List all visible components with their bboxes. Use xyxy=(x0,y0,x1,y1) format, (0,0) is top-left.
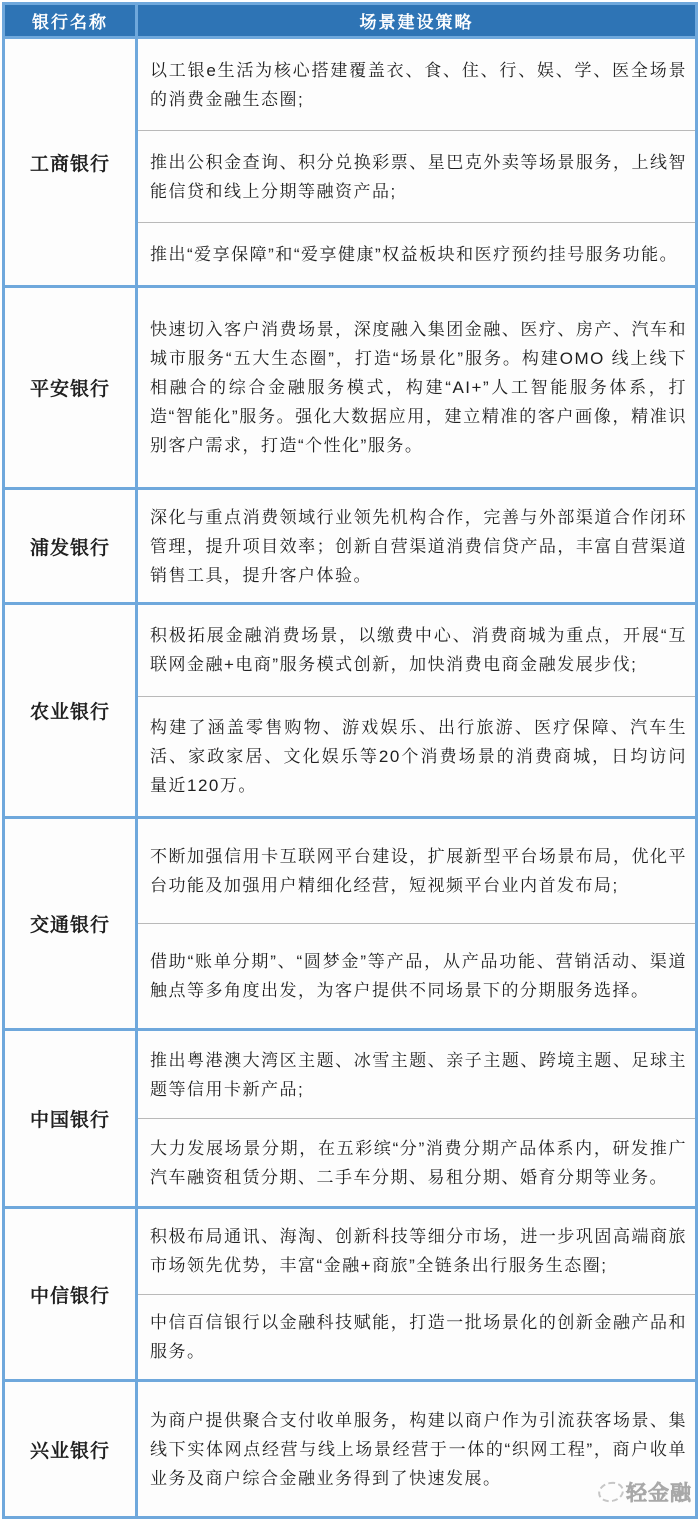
strategy-text: 推出公积金查询、积分兑换彩票、星巴克外卖等场景服务，上线智能信贷和线上分期等融资… xyxy=(150,148,687,206)
table-row: 交通银行不断加强信用卡互联网平台建设，扩展新型平台场景布局，优化平台功能及加强用… xyxy=(5,816,695,1028)
bank-name-cell: 农业银行 xyxy=(5,605,138,816)
strategy-text: 推出“爱享保障”和“爱享健康”权益板块和医疗预约挂号服务功能。 xyxy=(150,240,687,269)
bank-strategy-table: 银行名称 场景建设策略 工商银行以工银e生活为核心搭建覆盖衣、食、住、行、娱、学… xyxy=(2,2,698,1519)
strategy-text: 借助“账单分期”、“圆梦金”等产品，从产品功能、营销活动、渠道触点等多角度出发，… xyxy=(150,947,687,1005)
bank-name-cell: 中国银行 xyxy=(5,1031,138,1206)
strategy-paragraph: 中信百信银行以金融科技赋能，打造一批场景化的创新金融产品和服务。 xyxy=(138,1294,695,1380)
strategy-text: 积极拓展金融消费场景，以缴费中心、消费商城为重点，开展“互联网金融+电商”服务模… xyxy=(150,621,687,679)
header-strategy: 场景建设策略 xyxy=(138,5,695,36)
header-bank-name: 银行名称 xyxy=(5,5,138,36)
strategy-paragraph: 深化与重点消费领域行业领先机构合作，完善与外部渠道合作闭环管理，提升项目效率；创… xyxy=(138,490,695,602)
table-body: 工商银行以工银e生活为核心搭建覆盖衣、食、住、行、娱、学、医全场景的消费金融生态… xyxy=(5,36,695,1516)
strategy-paragraph: 推出公积金查询、积分兑换彩票、星巴克外卖等场景服务，上线智能信贷和线上分期等融资… xyxy=(138,130,695,222)
strategy-paragraph: 积极布局通讯、海淘、创新科技等细分市场，进一步巩固高端商旅市场领先优势，丰富“金… xyxy=(138,1209,695,1294)
strategy-paragraph: 以工银e生活为核心搭建覆盖衣、食、住、行、娱、学、医全场景的消费金融生态圈; xyxy=(138,39,695,130)
strategy-paragraph: 借助“账单分期”、“圆梦金”等产品，从产品功能、营销活动、渠道触点等多角度出发，… xyxy=(138,923,695,1028)
strategy-paragraph: 积极拓展金融消费场景，以缴费中心、消费商城为重点，开展“互联网金融+电商”服务模… xyxy=(138,605,695,696)
strategy-text: 深化与重点消费领域行业领先机构合作，完善与外部渠道合作闭环管理，提升项目效率；创… xyxy=(150,503,687,590)
bank-name-cell: 交通银行 xyxy=(5,819,138,1028)
table-row: 中信银行积极布局通讯、海淘、创新科技等细分市场，进一步巩固高端商旅市场领先优势，… xyxy=(5,1206,695,1379)
bank-name-cell: 工商银行 xyxy=(5,39,138,285)
strategy-text: 不断加强信用卡互联网平台建设，扩展新型平台场景布局，优化平台功能及加强用户精细化… xyxy=(150,842,687,900)
bank-name: 工商银行 xyxy=(30,149,110,176)
strategy-text: 积极布局通讯、海淘、创新科技等细分市场，进一步巩固高端商旅市场领先优势，丰富“金… xyxy=(150,1222,687,1280)
table-header-row: 银行名称 场景建设策略 xyxy=(5,5,695,36)
bank-name-cell: 平安银行 xyxy=(5,288,138,487)
watermark-text: 轻金融 xyxy=(626,1477,692,1507)
strategy-paragraph: 推出“爱享保障”和“爱享健康”权益板块和医疗预约挂号服务功能。 xyxy=(138,222,695,285)
table-row: 平安银行快速切入客户消费场景，深度融入集团金融、医疗、房产、汽车和城市服务“五大… xyxy=(5,285,695,487)
strategy-text: 构建了涵盖零售购物、游戏娱乐、出行旅游、医疗保障、汽车生活、家政家居、文化娱乐等… xyxy=(150,713,687,800)
table-row: 浦发银行深化与重点消费领域行业领先机构合作，完善与外部渠道合作闭环管理，提升项目… xyxy=(5,487,695,602)
strategy-text: 大力发展场景分期，在五彩缤“分”消费分期产品体系内，研发推广汽车融资租赁分期、二… xyxy=(150,1134,687,1192)
strategy-cell: 积极布局通讯、海淘、创新科技等细分市场，进一步巩固高端商旅市场领先优势，丰富“金… xyxy=(138,1209,695,1379)
strategy-paragraph: 构建了涵盖零售购物、游戏娱乐、出行旅游、医疗保障、汽车生活、家政家居、文化娱乐等… xyxy=(138,696,695,817)
strategy-text: 中信百信银行以金融科技赋能，打造一批场景化的创新金融产品和服务。 xyxy=(150,1308,687,1366)
bank-name: 中信银行 xyxy=(30,1281,110,1308)
bank-name-cell: 兴业银行 xyxy=(5,1382,138,1516)
strategy-cell: 不断加强信用卡互联网平台建设，扩展新型平台场景布局，优化平台功能及加强用户精细化… xyxy=(138,819,695,1028)
header-bank-name-label: 银行名称 xyxy=(32,8,108,33)
strategy-paragraph: 推出粤港澳大湾区主题、冰雪主题、亲子主题、跨境主题、足球主题等信用卡新产品; xyxy=(138,1031,695,1118)
strategy-paragraph: 快速切入客户消费场景，深度融入集团金融、医疗、房产、汽车和城市服务“五大生态圈”… xyxy=(138,288,695,487)
bank-name: 农业银行 xyxy=(30,697,110,724)
bank-name: 交通银行 xyxy=(30,910,110,937)
bank-name: 平安银行 xyxy=(30,374,110,401)
watermark: 轻金融 xyxy=(598,1477,692,1507)
strategy-paragraph: 不断加强信用卡互联网平台建设，扩展新型平台场景布局，优化平台功能及加强用户精细化… xyxy=(138,819,695,923)
table-row: 农业银行积极拓展金融消费场景，以缴费中心、消费商城为重点，开展“互联网金融+电商… xyxy=(5,602,695,816)
strategy-cell: 深化与重点消费领域行业领先机构合作，完善与外部渠道合作闭环管理，提升项目效率；创… xyxy=(138,490,695,602)
strategy-cell: 积极拓展金融消费场景，以缴费中心、消费商城为重点，开展“互联网金融+电商”服务模… xyxy=(138,605,695,816)
watermark-logo-icon xyxy=(596,1480,626,1505)
bank-name-cell: 中信银行 xyxy=(5,1209,138,1379)
header-strategy-label: 场景建设策略 xyxy=(360,8,474,33)
table-row: 中国银行推出粤港澳大湾区主题、冰雪主题、亲子主题、跨境主题、足球主题等信用卡新产… xyxy=(5,1028,695,1206)
strategy-paragraph: 大力发展场景分期，在五彩缤“分”消费分期产品体系内，研发推广汽车融资租赁分期、二… xyxy=(138,1118,695,1206)
table-row: 工商银行以工银e生活为核心搭建覆盖衣、食、住、行、娱、学、医全场景的消费金融生态… xyxy=(5,36,695,285)
strategy-text: 推出粤港澳大湾区主题、冰雪主题、亲子主题、跨境主题、足球主题等信用卡新产品; xyxy=(150,1046,687,1104)
strategy-cell: 推出粤港澳大湾区主题、冰雪主题、亲子主题、跨境主题、足球主题等信用卡新产品;大力… xyxy=(138,1031,695,1206)
strategy-cell: 以工银e生活为核心搭建覆盖衣、食、住、行、娱、学、医全场景的消费金融生态圈;推出… xyxy=(138,39,695,285)
bank-name: 浦发银行 xyxy=(30,533,110,560)
bank-name: 兴业银行 xyxy=(30,1436,110,1463)
strategy-text: 快速切入客户消费场景，深度融入集团金融、医疗、房产、汽车和城市服务“五大生态圈”… xyxy=(150,315,687,460)
strategy-cell: 快速切入客户消费场景，深度融入集团金融、医疗、房产、汽车和城市服务“五大生态圈”… xyxy=(138,288,695,487)
bank-name: 中国银行 xyxy=(30,1105,110,1132)
bank-name-cell: 浦发银行 xyxy=(5,490,138,602)
strategy-text: 以工银e生活为核心搭建覆盖衣、食、住、行、娱、学、医全场景的消费金融生态圈; xyxy=(150,56,687,114)
table-row: 兴业银行为商户提供聚合支付收单服务，构建以商户作为引流获客场景、集线下实体网点经… xyxy=(5,1379,695,1516)
